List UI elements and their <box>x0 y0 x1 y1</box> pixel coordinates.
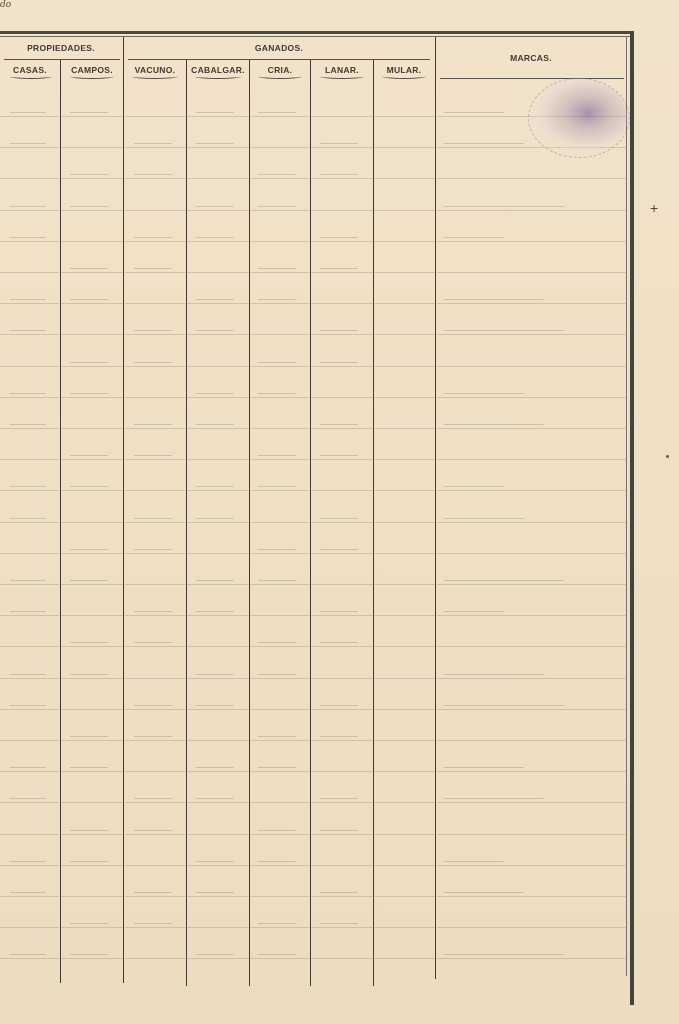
row-rule <box>0 740 626 741</box>
handwriting-mark <box>134 543 177 550</box>
header-swirl <box>258 74 302 79</box>
handwriting-mark <box>258 917 301 924</box>
handwriting-mark <box>444 512 529 519</box>
handwriting-mark <box>10 231 51 238</box>
handwriting-mark <box>444 387 529 394</box>
handwriting-mark <box>70 106 113 113</box>
handwriting-mark <box>134 699 177 706</box>
handwriting-mark <box>10 137 51 144</box>
row-rule <box>0 927 626 928</box>
handwriting-mark <box>134 137 177 144</box>
frame-top-rule <box>0 31 633 34</box>
handwriting-mark <box>320 512 363 519</box>
handwriting-mark <box>10 699 51 706</box>
handwriting-mark <box>70 387 113 394</box>
handwriting-mark <box>258 824 301 831</box>
handwriting-mark <box>258 543 301 550</box>
row-rule <box>0 865 626 866</box>
column-rule <box>310 60 311 986</box>
handwriting-mark <box>320 824 363 831</box>
handwriting-mark <box>258 293 301 300</box>
handwriting-mark <box>320 699 363 706</box>
handwriting-mark <box>70 356 113 363</box>
handwriting-mark <box>196 699 239 706</box>
column-rule <box>373 60 374 986</box>
row-rule <box>0 584 626 585</box>
handwriting-mark <box>10 200 51 207</box>
group-header-marcas: MARCAS. <box>436 53 626 63</box>
handwriting-mark <box>320 730 363 737</box>
handwriting-mark <box>10 418 51 425</box>
handwriting-mark <box>70 668 113 675</box>
handwriting-mark <box>444 137 529 144</box>
handwriting-mark <box>196 574 239 581</box>
handwriting-mark <box>320 137 363 144</box>
handwriting-mark <box>444 293 549 300</box>
handwriting-mark <box>196 387 239 394</box>
handwriting-mark <box>320 792 363 799</box>
handwriting-mark <box>320 543 363 550</box>
header-swirl <box>132 74 178 79</box>
handwriting-mark <box>196 512 239 519</box>
handwriting-mark <box>196 668 239 675</box>
handwriting-mark <box>70 636 113 643</box>
handwriting-mark <box>258 262 301 269</box>
handwriting-mark <box>196 137 239 144</box>
handwriting-mark <box>70 480 113 487</box>
handwriting-mark <box>320 886 363 893</box>
handwriting-mark <box>134 730 177 737</box>
handwriting-mark <box>134 168 177 175</box>
handwriting-mark <box>320 356 363 363</box>
row-rule <box>0 241 626 242</box>
group-rule-propiedades <box>4 59 120 60</box>
handwriting-mark <box>134 231 177 238</box>
row-rule <box>0 459 626 460</box>
handwriting-mark <box>444 106 509 113</box>
row-rule <box>0 709 626 710</box>
ink-dot <box>666 455 669 458</box>
row-rule <box>0 366 626 367</box>
handwriting-mark <box>10 387 51 394</box>
row-rule <box>0 147 626 148</box>
handwriting-mark <box>134 886 177 893</box>
handwriting-mark <box>258 200 301 207</box>
handwriting-mark <box>134 262 177 269</box>
handwriting-mark <box>444 200 569 207</box>
header-swirl <box>70 74 114 79</box>
frame-top-rule-inner <box>0 36 633 37</box>
handwriting-mark <box>134 917 177 924</box>
handwriting-mark <box>196 480 239 487</box>
handwriting-mark <box>70 730 113 737</box>
column-rule <box>249 60 250 986</box>
handwriting-mark <box>258 948 301 955</box>
handwriting-mark <box>196 200 239 207</box>
handwriting-mark <box>134 512 177 519</box>
row-rule <box>0 802 626 803</box>
column-rule <box>186 60 187 986</box>
handwriting-mark <box>10 324 51 331</box>
handwriting-mark <box>196 886 239 893</box>
handwriting-mark <box>10 948 51 955</box>
group-rule-ganados <box>128 59 430 60</box>
row-rule <box>0 834 626 835</box>
group-rule-marcas <box>440 78 624 79</box>
group-header-propiedades: PROPIEDADES. <box>0 43 122 53</box>
handwriting-mark <box>70 449 113 456</box>
corner-annotation: do <box>0 0 11 10</box>
handwriting-mark <box>70 574 113 581</box>
handwriting-mark <box>70 262 113 269</box>
handwriting-mark <box>10 855 51 862</box>
handwriting-mark <box>320 168 363 175</box>
frame-right-rule-inner <box>626 36 627 976</box>
handwriting-mark <box>70 917 113 924</box>
handwriting-mark <box>444 668 549 675</box>
header-swirl <box>10 74 52 79</box>
handwriting-mark <box>10 574 51 581</box>
handwriting-mark <box>320 418 363 425</box>
handwriting-mark <box>320 231 363 238</box>
handwriting-mark <box>196 293 239 300</box>
handwriting-mark <box>10 293 51 300</box>
handwriting-mark <box>196 106 239 113</box>
handwriting-mark <box>258 387 301 394</box>
handwriting-mark <box>70 855 113 862</box>
row-rule <box>0 615 626 616</box>
handwriting-mark <box>320 324 363 331</box>
row-rule <box>0 771 626 772</box>
row-rule <box>0 178 626 179</box>
frame-right-rule <box>630 31 634 1005</box>
handwriting-mark <box>196 761 239 768</box>
handwriting-mark <box>320 449 363 456</box>
handwriting-mark <box>444 948 569 955</box>
handwriting-mark <box>70 293 113 300</box>
handwriting-mark <box>70 168 113 175</box>
handwriting-mark <box>196 231 239 238</box>
handwriting-mark <box>258 636 301 643</box>
handwriting-mark <box>258 168 301 175</box>
handwriting-mark <box>444 699 569 706</box>
handwriting-mark <box>10 480 51 487</box>
header-swirl <box>382 74 426 79</box>
handwriting-mark <box>258 668 301 675</box>
handwriting-mark <box>258 574 301 581</box>
handwriting-mark <box>10 792 51 799</box>
handwriting-mark <box>444 761 529 768</box>
handwriting-mark <box>258 855 301 862</box>
handwriting-mark <box>10 668 51 675</box>
handwriting-mark <box>196 418 239 425</box>
handwriting-mark <box>444 418 549 425</box>
handwriting-mark <box>70 761 113 768</box>
row-rule <box>0 522 626 523</box>
handwriting-mark <box>258 761 301 768</box>
handwriting-mark <box>258 730 301 737</box>
handwriting-mark <box>320 636 363 643</box>
handwriting-mark <box>320 917 363 924</box>
handwriting-mark <box>444 574 569 581</box>
row-rule <box>0 334 626 335</box>
row-rule <box>0 272 626 273</box>
handwriting-mark <box>258 356 301 363</box>
row-rule <box>0 490 626 491</box>
row-rule <box>0 958 626 959</box>
handwriting-mark <box>134 356 177 363</box>
handwriting-mark <box>10 886 51 893</box>
header-swirl <box>320 74 364 79</box>
handwriting-mark <box>70 948 113 955</box>
handwriting-mark <box>134 605 177 612</box>
handwriting-mark <box>196 605 239 612</box>
handwriting-mark <box>10 512 51 519</box>
handwriting-mark <box>134 324 177 331</box>
handwriting-mark <box>444 231 509 238</box>
handwriting-mark <box>258 480 301 487</box>
handwriting-mark <box>444 886 529 893</box>
handwriting-mark <box>444 480 509 487</box>
row-rule <box>0 303 626 304</box>
handwriting-mark <box>70 824 113 831</box>
handwriting-mark <box>320 262 363 269</box>
handwriting-mark <box>444 855 509 862</box>
handwriting-mark <box>444 792 549 799</box>
handwriting-mark <box>444 605 509 612</box>
handwriting-mark <box>258 449 301 456</box>
handwriting-mark <box>134 636 177 643</box>
handwriting-mark <box>258 106 301 113</box>
row-rule <box>0 678 626 679</box>
handwriting-mark <box>134 792 177 799</box>
header-swirl <box>195 74 241 79</box>
ink-stamp-ring <box>528 78 630 158</box>
handwriting-mark <box>70 200 113 207</box>
ledger-page: do PROPIEDADES. GANADOS. MARCAS. CASAS. … <box>0 0 679 1024</box>
group-header-ganados: GANADOS. <box>124 43 434 53</box>
handwriting-mark <box>70 543 113 550</box>
row-rule <box>0 397 626 398</box>
plus-mark-icon: + <box>650 200 658 216</box>
handwriting-mark <box>134 418 177 425</box>
handwriting-mark <box>10 605 51 612</box>
handwriting-mark <box>196 855 239 862</box>
row-rule <box>0 210 626 211</box>
handwriting-mark <box>196 948 239 955</box>
row-rule <box>0 553 626 554</box>
handwriting-mark <box>196 324 239 331</box>
handwriting-mark <box>320 605 363 612</box>
row-rule <box>0 646 626 647</box>
handwriting-mark <box>134 449 177 456</box>
handwriting-mark <box>10 761 51 768</box>
handwriting-mark <box>196 792 239 799</box>
handwriting-mark <box>444 324 569 331</box>
handwriting-mark <box>134 824 177 831</box>
row-rule <box>0 428 626 429</box>
handwriting-mark <box>10 106 51 113</box>
row-rule <box>0 896 626 897</box>
